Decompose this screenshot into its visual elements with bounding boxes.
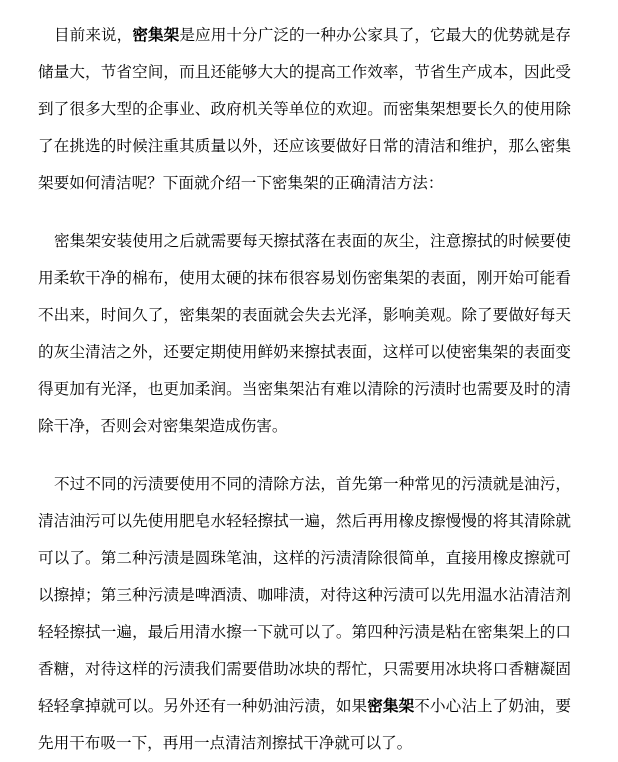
paragraph-daily-cleaning: 密集架安装使用之后就需要每天擦拭落在表面的灰尘，注意擦拭的时候要使用柔软干净的棉… xyxy=(38,223,571,445)
keyword-miji-shelf-bold: 密集架 xyxy=(367,698,414,715)
paragraph-stain-removal: 不过不同的污渍要使用不同的清除方法，首先第一种常见的污渍就是油污，清洁油污可以先… xyxy=(38,466,571,762)
document-page: 目前来说，密集架是应用十分广泛的一种办公家具了，它最大的优势就是存储量大，节省空… xyxy=(0,0,618,762)
text-run: 是应用十分广泛的一种办公家具了，它最大的优势就是存储量大，节省空间，而且还能够大… xyxy=(38,27,571,192)
text-run: 不过不同的污渍要使用不同的清除方法，首先第一种常见的污渍就是油污，清洁油污可以先… xyxy=(38,476,571,715)
text-run: 目前来说， xyxy=(54,27,132,44)
text-run: 密集架安装使用之后就需要每天擦拭落在表面的灰尘，注意擦拭的时候要使用柔软干净的棉… xyxy=(38,233,571,435)
keyword-miji-shelf-bold: 密集架 xyxy=(132,27,179,44)
paragraph-intro: 目前来说，密集架是应用十分广泛的一种办公家具了，它最大的优势就是存储量大，节省空… xyxy=(38,17,571,202)
